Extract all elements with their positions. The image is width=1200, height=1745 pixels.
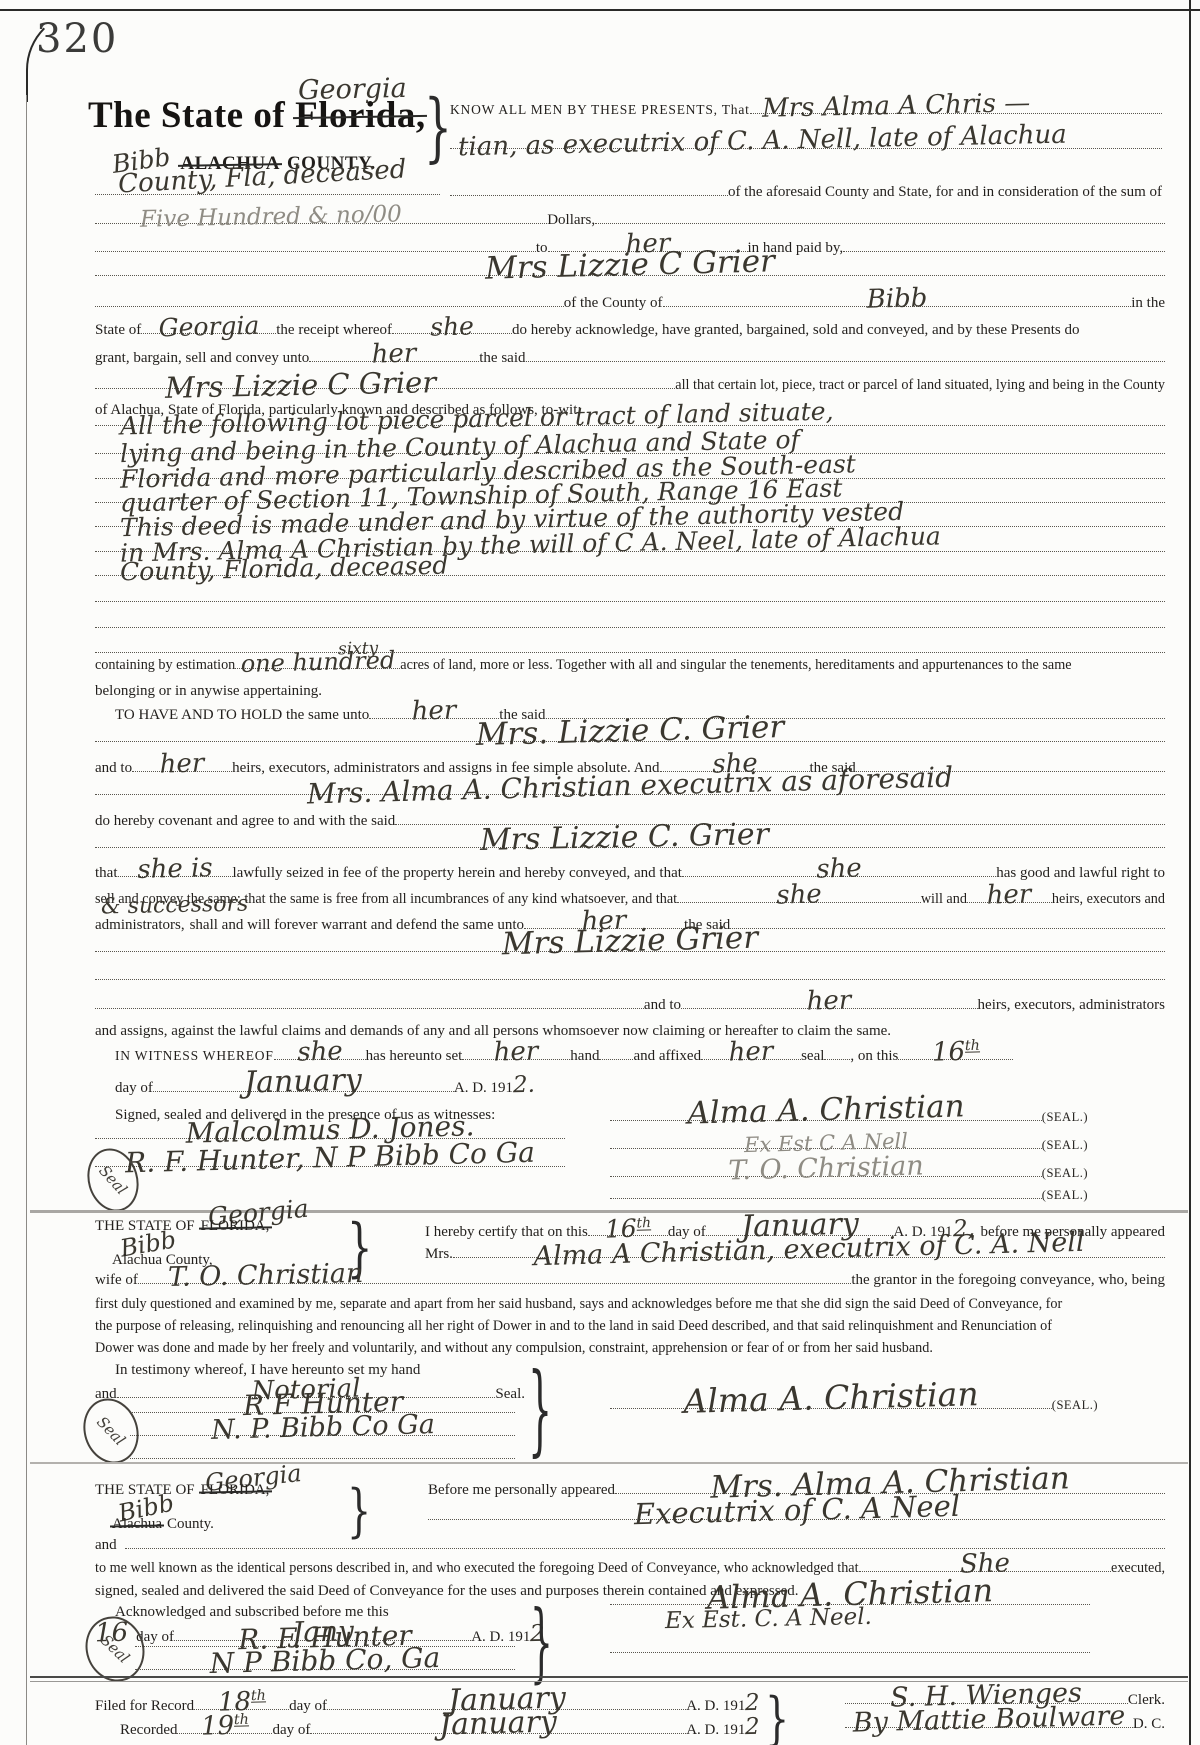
year-value: 2. xyxy=(513,1074,535,1097)
notary2-brace: } xyxy=(347,1482,371,1539)
witness-line-2: R. F. Hunter, N P Bibb Co Ga xyxy=(95,1158,565,1167)
all-that-row: Mrs Lizzie C Grier all that certain lot,… xyxy=(95,377,1165,394)
filing-brace: } xyxy=(765,1690,789,1745)
state-of-label: State of xyxy=(95,322,141,339)
signature-line-2: Ex Est C A Nell (SEAL.) xyxy=(610,1138,1088,1153)
grantor-signature: Alma A. Christian xyxy=(687,1091,965,1129)
to-have-unto-value: her xyxy=(412,697,457,724)
amount-handwriting: Five Hundred & no/00 xyxy=(140,203,402,231)
heirs-label-2: heirs, executors and xyxy=(1052,891,1165,908)
notary2-state-struck: FLORIDA, xyxy=(201,1482,270,1499)
day-of-label: day of xyxy=(115,1080,153,1097)
blank-line xyxy=(95,619,1165,628)
notary2-seal-stamp-text: Seal xyxy=(97,1631,133,1667)
title-row: The State of Florida, xyxy=(88,94,426,137)
state-receipt-row: State of Georgia the receipt whereof she… xyxy=(95,322,1165,339)
description-line: lying and being in the County of Alachua… xyxy=(95,445,1165,454)
administrators-label: administrators, & successors xyxy=(95,917,185,934)
deputy-signature: By Mattie Boulware xyxy=(852,1702,1125,1736)
hand-label: hand xyxy=(570,1048,599,1065)
blank-line xyxy=(95,593,1165,602)
witness-seal-stamp-text: Seal xyxy=(95,1162,130,1198)
seal-label-4: (SEAL.) xyxy=(1042,1188,1088,1203)
affixed-label: and affixed xyxy=(633,1048,701,1065)
her-value-5: her xyxy=(728,1038,773,1065)
signature-line-1: Alma A. Christian (SEAL.) xyxy=(610,1110,1088,1125)
day-value: 16th xyxy=(932,1038,981,1065)
deputy-row: By Mattie Boulware D. C. xyxy=(845,1716,1165,1733)
notary2-county-struck: Alachua xyxy=(112,1516,162,1533)
and-to-label-2: and to xyxy=(644,997,681,1014)
seized-label: lawfully seized in fee of the property h… xyxy=(233,865,682,882)
that-label: that xyxy=(95,865,118,882)
certify-label: I hereby certify that on this xyxy=(425,1224,588,1241)
testimony-brace: } xyxy=(528,1360,552,1459)
county-value: Bibb xyxy=(866,285,927,313)
description-text-7: County, Florida, deceased xyxy=(120,553,449,585)
recorded-year-value: 2 xyxy=(745,1716,760,1739)
grantee-name-row-5: Mrs Lizzie Grier xyxy=(95,943,1165,952)
containing-label: containing by estimation xyxy=(95,657,235,674)
know-all-men-row: KNOW ALL MEN BY THESE PRESENTS, That Mrs… xyxy=(450,102,1162,118)
dower-para-2: the purpose of releasing, relinquishing … xyxy=(95,1318,1052,1335)
state-value: Georgia xyxy=(158,313,259,341)
clerk-label: Clerk. xyxy=(1128,1692,1165,1709)
has-set-label: has hereunto set xyxy=(366,1048,463,1065)
grantee-name-row: Mrs Lizzie C Grier xyxy=(95,267,1165,276)
heirs-label-3: heirs, executors, administrators xyxy=(978,997,1165,1014)
covenant-label: do hereby covenant and agree to and with… xyxy=(95,813,395,830)
recorded-day-value: 19th xyxy=(201,1712,250,1739)
notary1-title: N. P. Bibb Co Ga xyxy=(210,1411,434,1444)
notary1-seal-stamp-text: Seal xyxy=(93,1413,129,1449)
sell-row: sell and convey the same; that the same … xyxy=(95,891,1165,908)
amount-row: Five Hundred & no/00 Dollars, xyxy=(95,212,1165,229)
wife-of-label: wife of xyxy=(95,1272,138,1289)
month-value: January xyxy=(244,1065,362,1098)
belonging-label: belonging or in anywise appertaining. xyxy=(95,683,322,700)
notary2-title-line: N P Bibb Co, Ga xyxy=(135,1661,515,1670)
notary1-grantor-signature-line: Alma A. Christian (SEAL.) xyxy=(610,1398,1098,1413)
executrix-of-row: Executrix of C. A Neel xyxy=(428,1511,1165,1520)
page-number: 320 xyxy=(36,16,118,62)
in-witness-row: IN WITNESS WHEREOF she has hereunto set … xyxy=(115,1048,1165,1065)
and-to-heirs-row: and to her heirs, executors, administrat… xyxy=(95,997,1165,1014)
acres-text: acres of land, more or less. Together wi… xyxy=(400,657,1071,674)
aforesaid-row: of the aforesaid County and State, for a… xyxy=(450,184,1162,201)
notary1-state-row: THE STATE OF FLORIDA, xyxy=(95,1218,269,1235)
well-known-label: to me well known as the identical person… xyxy=(95,1560,859,1577)
description-line: County, Florida, deceased xyxy=(95,567,1165,576)
notary1-title-line: N. P. Bibb Co Ga xyxy=(130,1427,515,1436)
receipt-value: she xyxy=(430,313,474,339)
section-divider-1 xyxy=(30,1210,1188,1213)
grantor-name-line2: tian, as executrix of C. A. Nell, late o… xyxy=(458,122,1067,161)
grant-row: grant, bargain, sell and convey unto her… xyxy=(95,350,1165,367)
filed-day-of: day of xyxy=(289,1698,327,1715)
notary1-state-struck: FLORIDA, xyxy=(201,1218,270,1235)
description-line: This deed is made under and by virtue of… xyxy=(95,518,1165,527)
title-state-printed: The State of xyxy=(88,94,285,137)
and-to-label: and to xyxy=(95,760,132,777)
notary2-state-row: THE STATE OF FLORIDA, xyxy=(95,1482,269,1499)
know-all-men-label: KNOW ALL MEN BY THESE PRESENTS, That xyxy=(450,102,750,118)
administrators-text: administrators, xyxy=(95,917,185,933)
successors-handwriting: & successors xyxy=(101,893,249,918)
county-of-row: of the County of Bibb in the xyxy=(95,295,1165,312)
recorded-row: Recorded 19th day of January A. D. 191 2 xyxy=(120,1716,760,1739)
on-this-label: , on this xyxy=(850,1048,898,1065)
filed-year-value: 2 xyxy=(745,1692,760,1715)
husband-name: T. O. Christian xyxy=(168,1260,364,1291)
description-line: in Mrs. Alma A Christian by the will of … xyxy=(95,543,1165,552)
grantee-name-3: Mrs. Lizzie C. Grier xyxy=(475,712,784,751)
section-divider-3a xyxy=(30,1676,1188,1678)
unto-value: her xyxy=(372,340,417,367)
of-county-label: of the County of xyxy=(564,295,663,312)
executed-label: executed, xyxy=(1111,1560,1165,1577)
day-of-row: day of January A. D. 191 2. xyxy=(115,1074,535,1097)
seal-word-label: seal xyxy=(801,1048,824,1065)
dollars-label: Dollars, xyxy=(547,212,595,229)
description-line: All the following lot piece parcel or tr… xyxy=(95,417,1165,426)
acknowledge-label: do hereby acknowledge, have granted, bar… xyxy=(512,322,1079,339)
grantee-name-row-3: Mrs. Lizzie C. Grier xyxy=(95,733,1165,742)
well-known-row: to me well known as the identical person… xyxy=(95,1560,1165,1577)
notary2-executrix: Executrix of C. A Neel xyxy=(633,1492,960,1530)
seal-label-3: (SEAL.) xyxy=(1042,1166,1088,1181)
grantee-name-2: Mrs Lizzie C Grier xyxy=(165,368,437,403)
grantor-name-line1: Mrs Alma A Chris — xyxy=(761,90,1030,122)
signature-line-3: T. O. Christian (SEAL.) xyxy=(610,1166,1088,1181)
to-have-label: TO HAVE AND TO HOLD the same unto xyxy=(115,707,369,724)
she-is-value: she is xyxy=(137,855,213,883)
witness2-signature: R. F. Hunter, N P Bibb Co Ga xyxy=(125,1139,535,1178)
grantee-name-row-4: Mrs Lizzie C. Grier xyxy=(95,839,1165,848)
grant-label: grant, bargain, sell and convey unto xyxy=(95,350,309,367)
containing-row: containing by estimation one hundred six… xyxy=(95,657,1165,674)
title-state-struck: Florida, xyxy=(295,94,425,137)
grantee-name-5: Mrs Lizzie Grier xyxy=(502,923,759,961)
blank-line xyxy=(610,1644,1090,1653)
signature-line-4: (SEAL.) xyxy=(610,1188,1088,1203)
filed-ad: A. D. 191 xyxy=(686,1698,745,1715)
warrant-label: shall and will forever warrant and defen… xyxy=(190,917,524,934)
she-value-4: she xyxy=(297,1038,343,1065)
notary1-seal-label: (SEAL.) xyxy=(1052,1398,1098,1413)
seal-word: Seal. xyxy=(495,1386,525,1403)
wife-of-row: wife of T. O. Christian the grantor in t… xyxy=(95,1272,1165,1289)
second-signature: T. O. Christian xyxy=(728,1152,924,1184)
seal-label-1: (SEAL.) xyxy=(1042,1110,1088,1125)
belonging-row: belonging or in anywise appertaining. xyxy=(95,683,322,700)
grantor-line2-row: tian, as executrix of C. A. Nell, late o… xyxy=(450,140,1162,149)
recorded-ad: A. D. 191 xyxy=(686,1722,745,1739)
her-value-4: her xyxy=(494,1038,539,1065)
seal-label-2: (SEAL.) xyxy=(1042,1138,1088,1153)
and-label-2: and xyxy=(95,1537,117,1554)
dower-para-1: first duly questioned and examined by me… xyxy=(95,1296,1062,1313)
receipt-label: the receipt whereof xyxy=(276,322,392,339)
scan-top-edge xyxy=(0,9,1200,11)
her-value: her xyxy=(159,750,204,777)
acreage-superscript: sixty xyxy=(337,641,378,659)
dower-para-3: Dower was done and made by her freely an… xyxy=(95,1340,933,1357)
filed-row: Filed for Record 18th day of January A. … xyxy=(95,1692,760,1715)
filed-label: Filed for Record xyxy=(95,1698,194,1715)
the-said-label: the said xyxy=(479,350,525,367)
blank-line xyxy=(95,971,1165,980)
grantee-name-4: Mrs Lizzie C. Grier xyxy=(480,820,770,856)
deed-record-page: 320 Georgia The State of Florida, } Bibb… xyxy=(0,0,1200,1745)
her-value-2: her xyxy=(987,881,1032,908)
aforesaid-label: of the aforesaid County and State, for a… xyxy=(728,184,1162,201)
deputy-label: D. C. xyxy=(1133,1716,1165,1733)
notary2-county-word: County. xyxy=(167,1516,214,1533)
notary1-mrs-row: Mrs. Alma A Christian, executrix of C. A… xyxy=(425,1246,1165,1263)
recorded-month-value: January xyxy=(439,1707,557,1740)
scan-right-edge xyxy=(1189,0,1191,1745)
scan-left-edge xyxy=(26,95,27,1745)
recorded-day-of: day of xyxy=(272,1722,310,1739)
will-and-label: will and xyxy=(921,891,967,908)
grantor-label: the grantor in the foregoing conveyance,… xyxy=(851,1272,1165,1289)
notary2-signature-title: Ex Est. C. A Neel. xyxy=(665,1606,872,1633)
note-line xyxy=(95,186,440,195)
all-that-label: all that certain lot, piece, tract or pa… xyxy=(675,377,1165,394)
header-brace: } xyxy=(424,92,452,167)
grantee-name: Mrs Lizzie C Grier xyxy=(485,246,776,285)
before-label: Before me personally appeared xyxy=(428,1482,615,1499)
ad-label: A. D. 191 xyxy=(454,1080,513,1097)
in-witness-label: IN WITNESS WHEREOF xyxy=(115,1048,274,1064)
notary2-county-row: Alachua County. xyxy=(112,1516,214,1533)
her-value-3: her xyxy=(807,987,852,1014)
notary2-title: N P Bibb Co, Ga xyxy=(209,1644,440,1678)
executrix-row: Mrs. Alma A. Christian executrix as afor… xyxy=(95,786,1165,795)
blank-line xyxy=(130,1450,515,1459)
recorded-label: Recorded xyxy=(120,1722,177,1739)
she-value-3: she xyxy=(776,881,822,908)
in-the-label: in the xyxy=(1131,295,1165,312)
notary1-grantor-signature: Alma A. Christian xyxy=(683,1377,979,1418)
she-value-2: she xyxy=(816,855,862,882)
mrs-label: Mrs. xyxy=(425,1246,453,1263)
